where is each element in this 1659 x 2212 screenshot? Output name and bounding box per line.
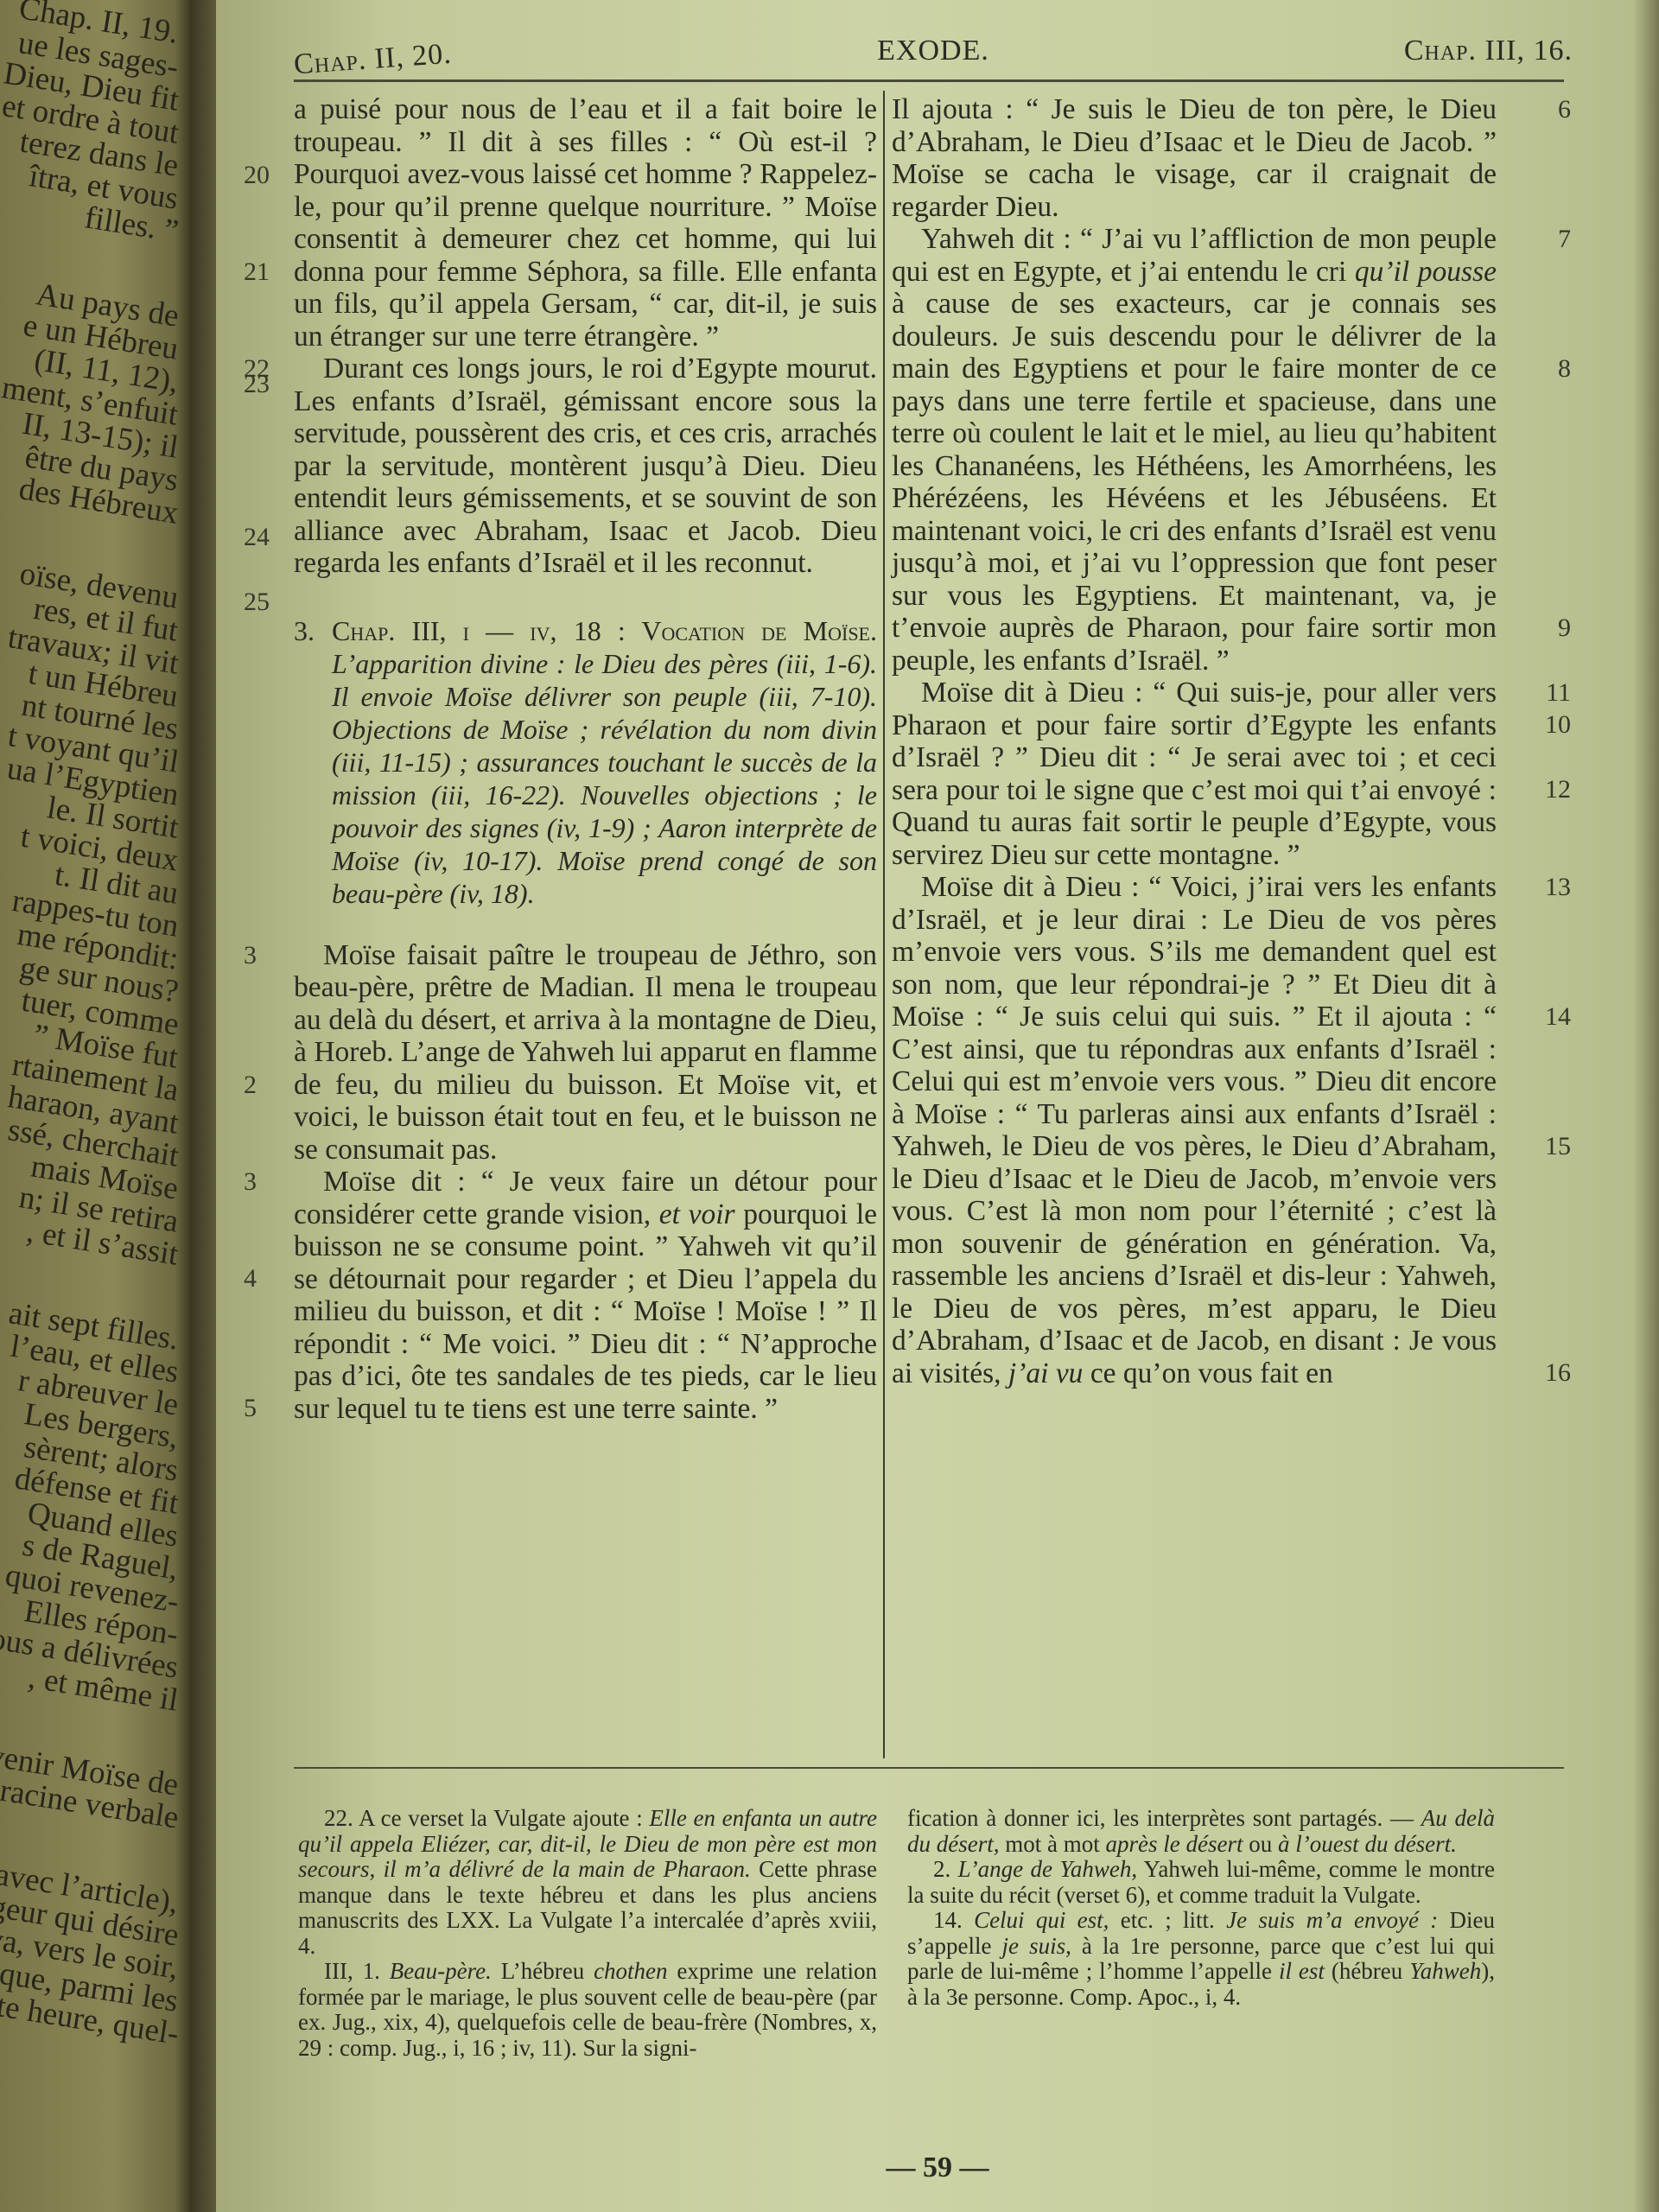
paragraph-text: ce qu’on vous fait en (1083, 1357, 1332, 1389)
paragraph-text: Il ajouta : “ Je suis le Dieu de ton pèr… (892, 93, 1497, 223)
italic-text: L’ange de Yahweh, (958, 1856, 1138, 1882)
italic-text: et voir (659, 1198, 735, 1230)
footnote-rule (294, 1767, 1564, 1769)
paragraph-text: Moïse dit à Dieu : “ Voici, j’irai vers … (892, 871, 1497, 1389)
header-rule (294, 79, 1564, 82)
running-head: Chap. II, 20. EXODE. Chap. III, 16. (294, 35, 1573, 73)
verse-number: 24 (244, 521, 270, 554)
italic-text: Beau-père. (390, 1958, 492, 1984)
running-head-right: Chap. III, 16. (1404, 35, 1573, 67)
italic-text: il est (1279, 1958, 1325, 1984)
paragraph: 20 21 22 a puisé pour nous de l’eau et i… (294, 93, 877, 353)
italic-text: Je suis m’a envoyé : (1226, 1907, 1438, 1933)
paragraph-text: Durant ces longs jours, le roi d’Egypte … (294, 353, 877, 579)
paragraph-text: a puisé pour nous de l’eau et il a fait … (294, 93, 877, 353)
verse-number: 16 (1545, 1357, 1571, 1389)
footnote-ref: 2. (933, 1856, 950, 1882)
verse-number: 13 (1545, 871, 1571, 904)
right-column: 6 Il ajouta : “ Je suis le Dieu de ton p… (892, 93, 1497, 1389)
verse-number: 11 (1546, 677, 1571, 709)
paragraph: 11 12 Moïse dit à Dieu : “ Qui suis-je, … (892, 677, 1497, 871)
footnote-ref: III, 1. (324, 1958, 380, 1984)
left-column: 20 21 22 a puisé pour nous de l’eau et i… (294, 93, 877, 1425)
italic-text: à l’ouest du désert. (1278, 1831, 1457, 1857)
italic-text: Yahweh (1409, 1958, 1481, 1984)
verse-number: 9 (1558, 612, 1571, 645)
verse-number: 10 (1545, 709, 1571, 741)
section-summary-text: L’apparition divine : le Dieu des pères … (332, 648, 877, 909)
verse-number: 23 (244, 368, 270, 401)
footnote-ref: 14. (933, 1907, 963, 1933)
paragraph-text: à cause de ses exacteurs, car je connais… (892, 288, 1497, 677)
verse-number: 2 (244, 1069, 257, 1102)
paragraph: 3 2 Moïse faisait paître le troupeau de … (294, 939, 877, 1166)
running-head-title: EXODE. (294, 35, 1573, 67)
footnote-text: (hébreu (1325, 1958, 1409, 1984)
footnote-text: mot à mot (999, 1831, 1105, 1857)
paragraph-text: Moïse faisait paître le troupeau de Jéth… (294, 939, 877, 1166)
footnote: 14. Celui qui est, etc. ; litt. Je suis … (907, 1908, 1495, 2010)
footnote-text: fication à donner ici, les interprètes s… (907, 1805, 1421, 1831)
verse-number: 8 (1558, 353, 1571, 385)
verse-number: 7 (1558, 223, 1571, 256)
footnotes-left: 22. A ce verset la Vulgate ajoute : Elle… (298, 1806, 877, 2061)
verse-number: 25 (244, 586, 270, 619)
previous-page-fragment: Chap. II, 19.ue les sages-Dieu, Dieu fit… (0, 0, 190, 2212)
italic-text: je suis, (1002, 1933, 1071, 1959)
footnote-text: A ce verset la Vulgate ajoute : (359, 1805, 649, 1831)
footnote-text: ou (1243, 1831, 1278, 1857)
chapter-number: 3 (244, 939, 257, 972)
italic-text: j’ai vu (1008, 1357, 1084, 1389)
italic-text: après le désert (1105, 1831, 1243, 1857)
verse-number: 5 (244, 1392, 257, 1425)
verse-number: 6 (1558, 93, 1571, 126)
page-number: — 59 — (216, 2152, 1659, 2184)
footnotes-right: fication à donner ici, les interprètes s… (907, 1806, 1495, 2010)
column-divider (883, 91, 885, 1758)
verse-number: 12 (1545, 773, 1571, 806)
paragraph: 3 4 5 Moïse dit : “ Je veux faire un dét… (294, 1166, 877, 1425)
verse-number: 4 (244, 1262, 257, 1295)
paragraph: 23 24 25 Durant ces longs jours, le roi … (294, 353, 877, 580)
section-summary: 3. Chap. III, i — iv, 18 : Vocation de M… (294, 614, 877, 910)
paragraph: 7 8 9 10 Yahweh dit : “ J’ai vu l’afflic… (892, 223, 1497, 677)
italic-text: qu’il pousse (1355, 256, 1497, 288)
verse-number: 14 (1545, 1001, 1571, 1033)
italic-text: Celui qui est, (974, 1907, 1109, 1933)
footnote-ref: 22. (324, 1805, 353, 1831)
verse-number: 21 (244, 256, 270, 289)
footnote-continuation: fication à donner ici, les interprètes s… (907, 1806, 1495, 1857)
section-number: 3. (294, 614, 315, 647)
paragraph: 6 Il ajouta : “ Je suis le Dieu de ton p… (892, 93, 1497, 223)
page-edge-shadow (1633, 0, 1659, 2212)
book-page: Chap. II, 20. EXODE. Chap. III, 16. 20 2… (216, 0, 1659, 2212)
footnote-text: etc. ; litt. (1109, 1907, 1226, 1933)
footnote-text: L’hébreu (492, 1958, 594, 1984)
footnote: 2. L’ange de Yahweh, Yahweh lui-même, co… (907, 1857, 1495, 1908)
section-title: Chap. III, i — iv, 18 : Vocation de Moïs… (332, 615, 877, 646)
italic-text: chothen (594, 1958, 667, 1984)
verse-number: 20 (244, 159, 270, 192)
footnote: III, 1. Beau-père. L’hébreu chothen expr… (298, 1959, 877, 2061)
verse-number: 3 (244, 1166, 257, 1198)
footnote: 22. A ce verset la Vulgate ajoute : Elle… (298, 1806, 877, 1959)
paragraph-text: pourquoi le buisson ne se consume point.… (294, 1198, 877, 1425)
verse-number: 15 (1545, 1130, 1571, 1163)
paragraph-text: Moïse dit à Dieu : “ Qui suis-je, pour a… (892, 677, 1497, 871)
paragraph: 13 14 15 16 Moïse dit à Dieu : “ Voici, … (892, 871, 1497, 1389)
